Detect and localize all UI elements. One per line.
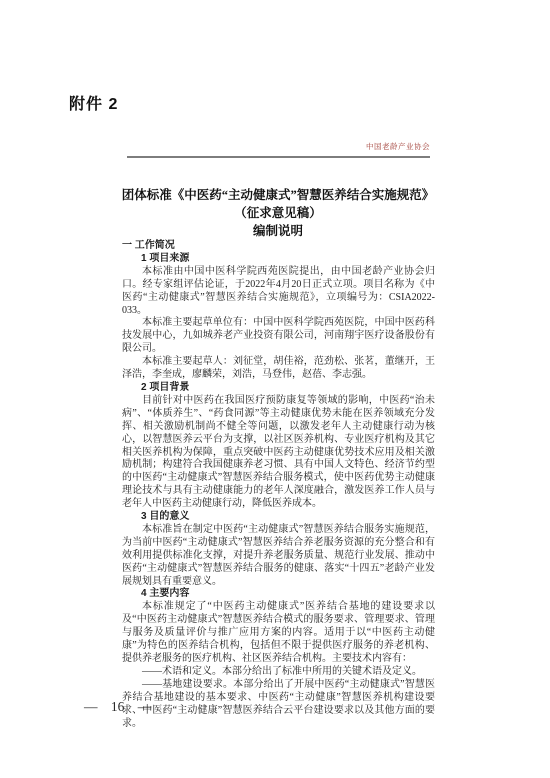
paragraph-drafters: 本标准主要起草人：刘征堂，胡佳裕，范劲松、张茗，董继开，王泽浩，李奎成，廖麟荣，… <box>122 356 435 382</box>
subsection-heading-main-content: 4 主要内容 <box>122 588 435 601</box>
paragraph-purpose: 本标准旨在制定中医药“主动健康式”智慧医养结合服务实施规范，为当前中医药“主动健… <box>122 524 435 589</box>
page-number: — 16 — <box>84 699 151 715</box>
document-page: 附件 2 中国老龄产业协会 团体标准《中医药“主动健康式”智慧医养结合实施规范》… <box>0 0 550 778</box>
title-line-2: （征求意见稿） <box>108 204 448 222</box>
org-name-header: 中国老龄产业协会 <box>127 141 430 152</box>
header-divider-rule <box>127 156 430 158</box>
paragraph-terms-definitions: ——术语和定义。本部分给出了标准中所用的关键术语及定义。 <box>122 666 435 679</box>
document-title: 团体标准《中医药“主动健康式”智慧医养结合实施规范》 （征求意见稿） 编制说明 <box>108 186 448 240</box>
paragraph-drafting-units: 本标准主要起草单位有：中国中医科学院西苑医院，中国中医药科技发展中心，九如城养老… <box>122 317 435 356</box>
paragraph-base-construction: ——基地建设要求。本部分给出了开展中医药“主动健康式”智慧医养结合基地建设的基本… <box>122 679 435 731</box>
subsection-heading-project-source: 1 项目来源 <box>122 253 435 266</box>
title-line-3: 编制说明 <box>108 222 448 240</box>
section-heading-work-overview: 一 工作简况 <box>122 240 435 253</box>
subsection-heading-purpose: 3 目的意义 <box>122 511 435 524</box>
paragraph-project-source: 本标准由中国中医科学院西苑医院提出，由中国老龄产业协会归口。经专家组评估论证，于… <box>122 266 435 318</box>
attachment-label: 附件 2 <box>69 91 118 114</box>
title-line-1: 团体标准《中医药“主动健康式”智慧医养结合实施规范》 <box>108 186 448 204</box>
paragraph-main-content: 本标准规定了“中医药主动健康式”医养结合基地的建设要求以及“中医药主动健康式”智… <box>122 601 435 666</box>
paragraph-background: 目前针对中医药在我国医疗预防康复等领域的影响，中医药“治未病”、“体质养生”、“… <box>122 395 435 511</box>
subsection-heading-background: 2 项目背景 <box>122 382 435 395</box>
document-body: 一 工作简况 1 项目来源 本标准由中国中医科学院西苑医院提出，由中国老龄产业协… <box>122 240 435 730</box>
